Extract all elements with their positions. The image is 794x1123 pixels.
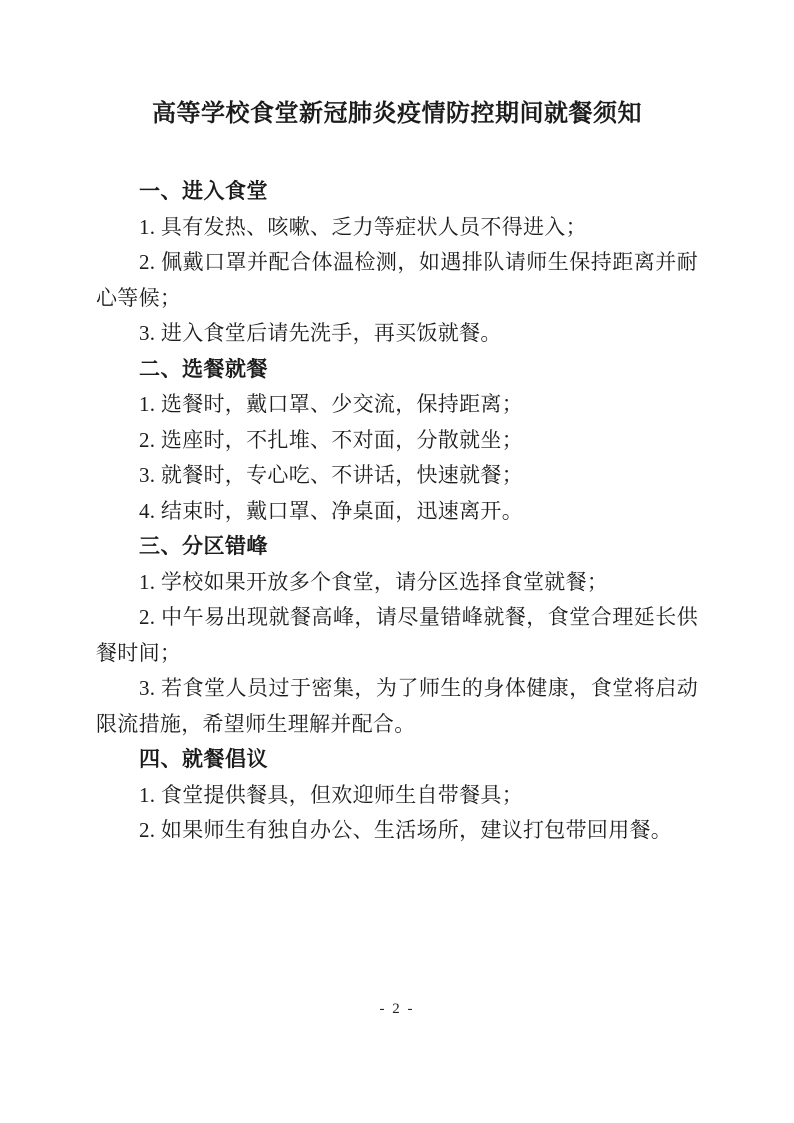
- list-item: 2. 选座时，不扎堆、不对面，分散就坐；: [96, 423, 698, 459]
- section-heading: 二、选餐就餐: [96, 352, 698, 388]
- section-heading: 一、进入食堂: [96, 174, 698, 210]
- list-item: 2. 中午易出现就餐高峰，请尽量错峰就餐，食堂合理延长供餐时间；: [96, 600, 698, 671]
- list-item: 1. 具有发热、咳嗽、乏力等症状人员不得进入；: [96, 210, 698, 246]
- document-page: 高等学校食堂新冠肺炎疫情防控期间就餐须知 一、进入食堂 1. 具有发热、咳嗽、乏…: [0, 0, 794, 1123]
- list-item: 3. 若食堂人员过于密集，为了师生的身体健康，食堂将启动限流措施，希望师生理解并…: [96, 671, 698, 742]
- list-item: 2. 佩戴口罩并配合体温检测，如遇排队请师生保持距离并耐心等候；: [96, 245, 698, 316]
- list-item: 3. 进入食堂后请先洗手，再买饭就餐。: [96, 316, 698, 352]
- section-heading: 四、就餐倡议: [96, 742, 698, 778]
- page-number: - 2 -: [0, 998, 794, 1020]
- list-item: 2. 如果师生有独自办公、生活场所，建议打包带回用餐。: [96, 813, 698, 849]
- list-item: 3. 就餐时，专心吃、不讲话，快速就餐；: [96, 458, 698, 494]
- list-item: 1. 选餐时，戴口罩、少交流，保持距离；: [96, 387, 698, 423]
- list-item: 4. 结束时，戴口罩、净桌面，迅速离开。: [96, 494, 698, 530]
- page-title: 高等学校食堂新冠肺炎疫情防控期间就餐须知: [96, 96, 698, 132]
- section-heading: 三、分区错峰: [96, 529, 698, 565]
- list-item: 1. 学校如果开放多个食堂，请分区选择食堂就餐；: [96, 565, 698, 601]
- list-item: 1. 食堂提供餐具，但欢迎师生自带餐具；: [96, 778, 698, 814]
- document-content: 高等学校食堂新冠肺炎疫情防控期间就餐须知 一、进入食堂 1. 具有发热、咳嗽、乏…: [96, 96, 698, 849]
